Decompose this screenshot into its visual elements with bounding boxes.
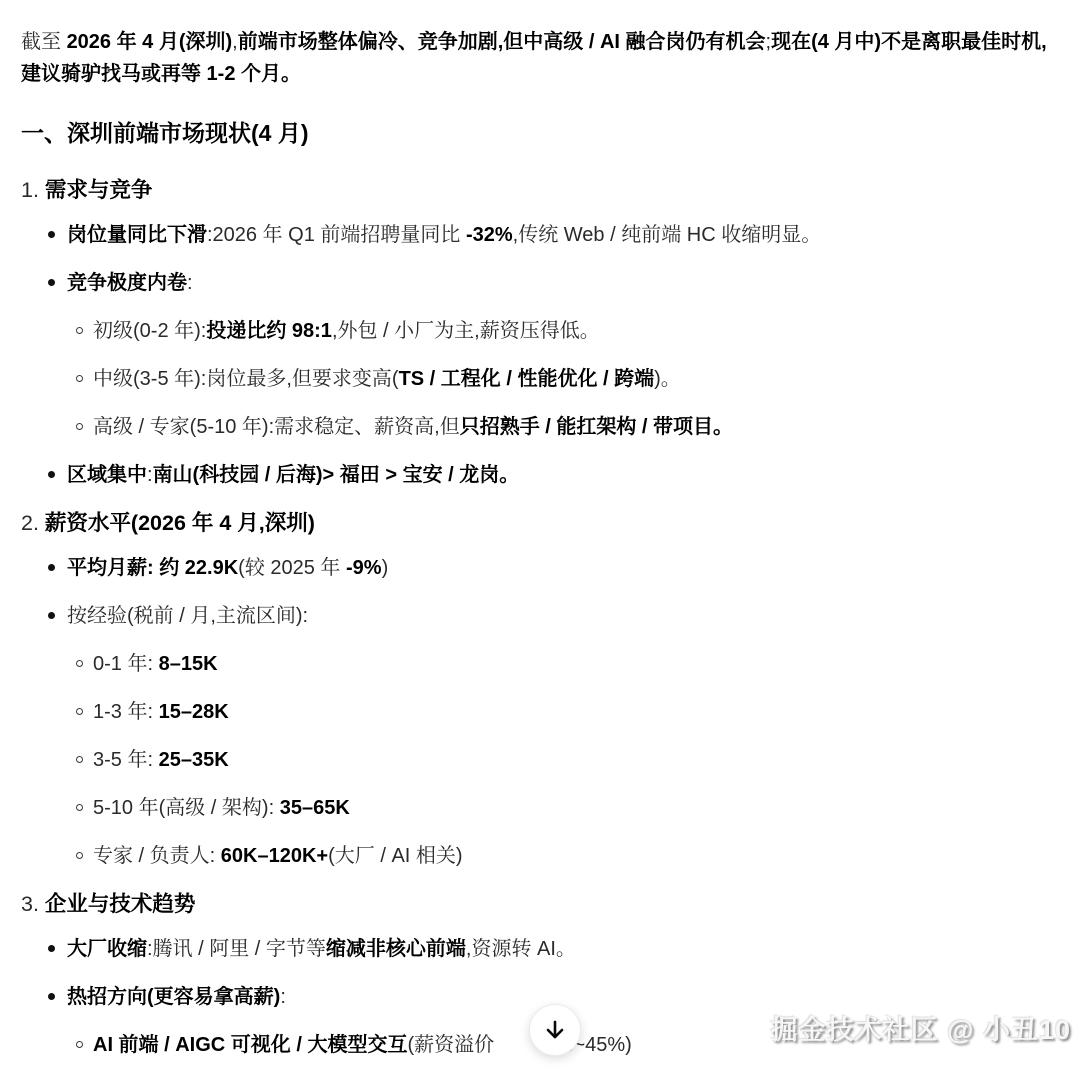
list-item-hot-directions: 热招方向(更容易拿高薪): [21,985,1056,1009]
list-item-bigco-shrink: 大厂收缩:腾讯 / 阿里 / 字节等缩减非核心前端,资源转 AI。 [21,937,1056,961]
down-arrow-icon [542,1017,568,1043]
list-item-competition: 竞争极度内卷: [21,271,1056,295]
list-item-by-experience: 按经验(税前 / 月,主流区间): [21,604,1056,628]
document-body: 截至 2026 年 4 月(深圳),前端市场整体偏冷、竞争加剧,但中高级 / A… [0,0,1077,1057]
list-item-job-volume: 岗位量同比下滑:2026 年 Q1 前端招聘量同比 -32%,传统 Web / … [21,223,1056,247]
list-item-expert: 专家 / 负责人: 60K–120K+(大厂 / AI 相关) [21,844,1056,868]
list-item-avg-salary: 平均月薪: 约 22.9K(较 2025 年 -9%) [21,556,1056,580]
list-item-exp-5-10: 5-10 年(高级 / 架构): 35–65K [21,796,1056,820]
list-item-senior: 高级 / 专家(5-10 年):需求稳定、薪资高,但只招熟手 / 能扛架构 / … [21,415,1056,439]
list-item-exp-3-5: 3-5 年: 25–35K [21,748,1056,772]
subheading-salary: 2. 薪资水平(2026 年 4 月,深圳) [21,511,1056,536]
list-item-mid-level: 中级(3-5 年):岗位最多,但要求变高(TS / 工程化 / 性能优化 / 跨… [21,367,1056,391]
intro-paragraph: 截至 2026 年 4 月(深圳),前端市场整体偏冷、竞争加剧,但中高级 / A… [21,26,1056,90]
watermark: 掘金技术社区 @ 小丑10 [771,1008,1071,1047]
list-item-junior: 初级(0-2 年):投递比约 98:1,外包 / 小厂为主,薪资压得低。 [21,319,1056,343]
subheading-trends: 3. 企业与技术趋势 [21,892,1056,917]
section-heading-market: 一、深圳前端市场现状(4 月) [21,120,1056,146]
list-item-exp-0-1: 0-1 年: 8–15K [21,652,1056,676]
scroll-to-bottom-button[interactable] [529,1004,581,1056]
list-item-region: 区域集中:南山(科技园 / 后海)> 福田 > 宝安 / 龙岗。 [21,463,1056,487]
list-item-exp-1-3: 1-3 年: 15–28K [21,700,1056,724]
subheading-demand: 1. 需求与竞争 [21,178,1056,203]
